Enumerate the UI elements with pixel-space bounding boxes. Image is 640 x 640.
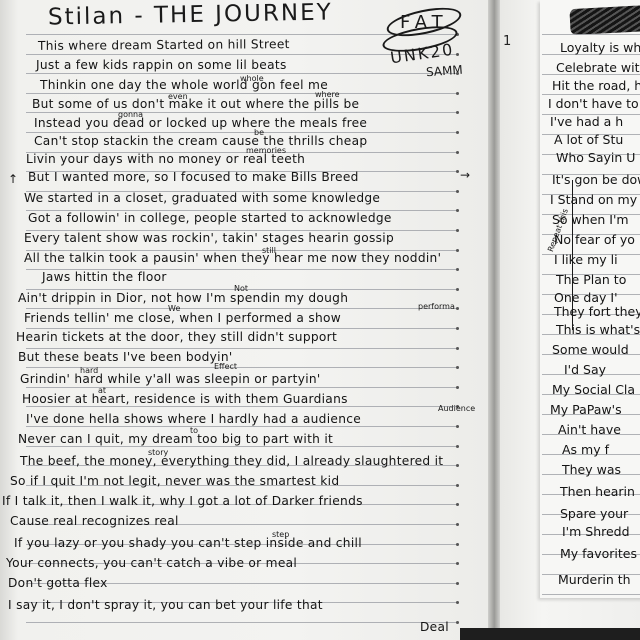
- lyric-line: Ain't have: [558, 422, 621, 437]
- lyric-line: Hit the road, h: [552, 78, 640, 93]
- ruled-line-dot: [456, 209, 459, 212]
- lyric-line: But these beats I've been bodyin': [18, 350, 233, 364]
- table-shadow: [460, 628, 640, 640]
- scribbled-out-heading: [569, 3, 640, 35]
- annotation: step: [272, 530, 289, 539]
- lyric-line: My favorites: [560, 546, 637, 561]
- ruled-line-dot: [456, 601, 459, 604]
- lyric-line: So if I quit I'm not legit, never was th…: [10, 474, 339, 488]
- lyric-line: My PaPaw's: [550, 402, 622, 417]
- ruled-line-dot: [456, 386, 459, 389]
- lyric-line: I like my li: [554, 252, 618, 267]
- ruled-line-dot: [456, 562, 459, 565]
- lyric-line: Celebrate with: [556, 60, 640, 75]
- left-notebook-page: Stilan - THE JOURNEY FAT UNK20 SAMM This…: [0, 0, 492, 640]
- lyric-line: Your connects, you can't catch a vibe or…: [6, 556, 297, 570]
- annotation: even: [168, 92, 188, 101]
- up-arrow-icon: ↑: [8, 172, 18, 186]
- lyric-line: Thinkin one day the whole world gon feel…: [40, 78, 328, 92]
- lyric-line: As my f: [562, 442, 609, 457]
- lyric-line: So when I'm: [552, 212, 629, 227]
- ruled-line-dot: [456, 190, 459, 193]
- lyric-line: If I talk it, then I walk it, why I got …: [2, 494, 363, 508]
- lyric-line: Don't gotta flex: [8, 576, 108, 590]
- ruled-line-dot: [456, 151, 459, 154]
- annotation: We: [168, 304, 180, 313]
- ruled-line: [26, 328, 458, 329]
- lyric-line: It's gon be dow: [552, 172, 640, 187]
- lyric-line: I've done hella shows where I hardly had…: [26, 412, 361, 426]
- ruled-line: [26, 112, 458, 113]
- ruled-line-dot: [456, 249, 459, 252]
- right-notebook-page: 1 Repeat this Loyalty is wh Celebrate wi…: [500, 0, 640, 640]
- ruled-line-dot: [456, 111, 459, 114]
- lyric-line: No fear of yo: [554, 232, 635, 247]
- annotation: performa: [418, 302, 455, 311]
- ruled-line: [26, 426, 458, 427]
- lyric-line: They was: [562, 462, 621, 477]
- ruled-line: [26, 446, 458, 447]
- lyric-line: All the talkin took a pausin' when they …: [24, 251, 441, 265]
- lyric-line: Friends tellin' me close, when I perform…: [24, 311, 341, 325]
- lyric-line: Grindin' hard while y'all was sleepin or…: [20, 372, 321, 386]
- lyric-line: Loyalty is wh: [560, 40, 640, 55]
- lyric-line: Hearin tickets at the door, they still d…: [16, 330, 337, 344]
- lyric-line: Instead you dead or locked up where the …: [34, 116, 367, 130]
- lyric-line: We started in a closet, graduated with s…: [24, 191, 380, 205]
- ruled-line: [26, 406, 458, 407]
- inner-sheet: Repeat this Loyalty is wh Celebrate with…: [540, 0, 640, 598]
- annotation: to: [190, 426, 198, 435]
- lyric-line: Cause real recognizes real: [10, 514, 179, 528]
- right-arrow-icon: →: [460, 168, 470, 182]
- lyric-line: I Stand on my: [550, 192, 637, 207]
- lyric-line: Got a followin' in college, people start…: [28, 211, 392, 225]
- lyric-line: This where dream Started on hill Street: [38, 37, 290, 53]
- ruled-line-dot: [456, 366, 459, 369]
- ruled-line-dot: [456, 523, 459, 526]
- tag-bottom-text: SAMM: [426, 63, 464, 80]
- lyric-line: Spare your: [560, 506, 628, 521]
- annotation: still: [262, 246, 276, 255]
- ruled-line: [542, 34, 640, 35]
- ruled-line-dot: [456, 425, 459, 428]
- annotation: whole: [240, 74, 264, 83]
- ruled-line-dot: [456, 131, 459, 134]
- ruled-line-dot: [456, 288, 459, 291]
- ruled-line-dot: [456, 484, 459, 487]
- ruled-line-dot: [456, 170, 459, 173]
- lyric-line: Murderin th: [558, 572, 631, 587]
- annotation: memories: [246, 146, 286, 155]
- lyric-line: I'd Say: [564, 362, 606, 377]
- ruled-line-dot: [456, 307, 459, 310]
- annotation: Effect: [214, 362, 237, 371]
- lyric-line: One day I': [554, 290, 618, 305]
- lyric-line: The beef, the money, everything they did…: [20, 454, 443, 468]
- ruled-line: [26, 93, 458, 94]
- ruled-line-dot: [456, 503, 459, 506]
- lyric-line: Can't stop stackin the cream cause the t…: [34, 134, 367, 148]
- lyric-line: Every talent show was rockin', takin' st…: [24, 231, 394, 245]
- ruled-line-dot: [456, 543, 459, 546]
- annotation: gonna: [118, 110, 143, 119]
- ruled-line-dot: [456, 347, 459, 350]
- ruled-line: [26, 622, 458, 623]
- page-number: 1: [503, 34, 511, 49]
- lyric-line: I say it, I don't spray it, you can bet …: [8, 598, 323, 612]
- annotation: Not: [234, 284, 248, 293]
- lyric-line: I'm Shredd: [562, 524, 630, 539]
- annotation: be: [254, 128, 264, 137]
- lyric-line: Jaws hittin the floor: [42, 270, 167, 284]
- tag-top-text: FAT: [400, 12, 449, 33]
- ruled-line-dot: [456, 445, 459, 448]
- lyric-line: Some would: [552, 342, 629, 357]
- ruled-line-dot: [456, 327, 459, 330]
- lyric-line: Who Sayin U: [556, 150, 635, 165]
- lyric-line: My Social Cla: [552, 382, 635, 397]
- lyric-line: A lot of Stu: [554, 132, 623, 147]
- lyric-line: I don't have to h: [548, 96, 640, 111]
- lyric-line: But I wanted more, so I focused to make …: [28, 170, 359, 184]
- ruled-line-dot: [456, 464, 459, 467]
- ruled-line-dot: [456, 229, 459, 232]
- lyric-line: But some of us don't make it out where t…: [32, 97, 359, 111]
- lyric-line: If you lazy or you shady you can't step …: [14, 536, 362, 550]
- ruled-line: [26, 132, 458, 133]
- annotation: Audience: [438, 404, 475, 413]
- ruled-line: [542, 94, 640, 95]
- lyric-line: Then hearin: [560, 484, 635, 499]
- annotation: story: [148, 448, 168, 457]
- song-title: Stilan - THE JOURNEY: [48, 0, 333, 30]
- graffiti-tag: FAT UNK20 SAMM: [382, 6, 462, 76]
- ruled-line: [26, 387, 458, 388]
- ruled-line-dot: [456, 268, 459, 271]
- lyric-line: This is what's: [556, 322, 640, 337]
- annotation: at: [98, 386, 106, 395]
- lyric-line: Ain't drippin in Dior, not how I'm spend…: [18, 291, 348, 305]
- annotation: where: [315, 90, 340, 99]
- ruled-line-dot: [456, 582, 459, 585]
- lyric-line: They fort they: [554, 304, 640, 319]
- lyric-line: I've had a h: [550, 114, 623, 129]
- ruled-line: [26, 308, 458, 309]
- lyric-line: Just a few kids rappin on some lil beats: [36, 58, 287, 72]
- ruled-line: [26, 348, 458, 349]
- lyric-line: The Plan to: [556, 272, 626, 287]
- lyric-line: Deal: [420, 620, 449, 634]
- lyric-line: Hoosier at heart, residence is with them…: [22, 392, 348, 406]
- ruled-line-dot: [456, 92, 459, 95]
- ruled-line-dot: [456, 621, 459, 624]
- lyric-line: Never can I quit, my dream too big to pa…: [18, 432, 333, 446]
- ruled-line: [542, 594, 640, 595]
- annotation: hard: [80, 366, 98, 375]
